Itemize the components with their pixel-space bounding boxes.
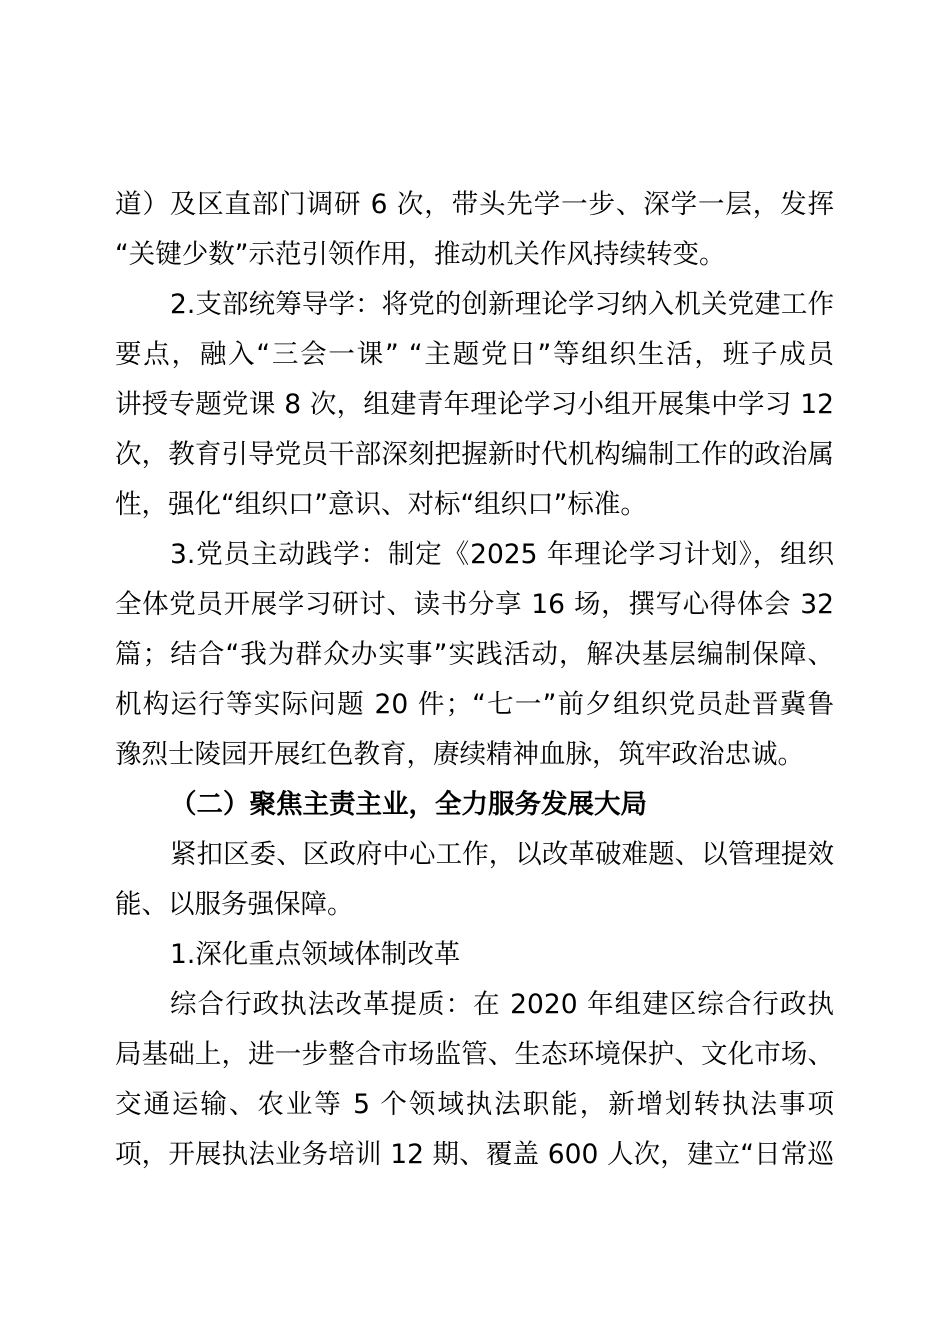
text-line: 3.党员主动践学：制定《2025 年理论学习计划》，组织 [115, 530, 834, 580]
text-line: 篇；结合“我为群众办实事”实践活动，解决基层编制保障、 [115, 630, 834, 680]
text-line: 全体党员开展学习研讨、读书分享 16 场，撰写心得体会 32 [115, 580, 834, 630]
text-line: 豫烈士陵园开展红色教育，赓续精神血脉，筑牢政治忠诚。 [115, 730, 834, 780]
text-line: 机构运行等实际问题 20 件；“七一”前夕组织党员赴晋冀鲁 [115, 680, 834, 730]
text-line: 项，开展执法业务培训 12 期、覆盖 600 人次，建立“日常巡 [115, 1130, 834, 1180]
page: 道）及区直部门调研 6 次，带头先学一步、深学一层，发挥“关键少数”示范引领作用… [0, 0, 950, 1344]
text-line: 要点，融入“三会一课” “主题党日”等组织生活，班子成员 [115, 330, 834, 380]
section-heading: （二）聚焦主责主业，全力服务发展大局 [115, 780, 834, 830]
text-line: 综合行政执法改革提质：在 2020 年组建区综合行政执法 [115, 980, 834, 1030]
text-line: 交通运输、农业等 5 个领域执法职能，新增划转执法事项 320 [115, 1080, 834, 1130]
text-line: 紧扣区委、区政府中心工作，以改革破难题、以管理提效 [115, 830, 834, 880]
document-body: 道）及区直部门调研 6 次，带头先学一步、深学一层，发挥“关键少数”示范引领作用… [115, 180, 834, 1180]
text-line: 次，教育引导党员干部深刻把握新时代机构编制工作的政治属 [115, 430, 834, 480]
text-line: 讲授专题党课 8 次，组建青年理论学习小组开展集中学习 12 [115, 380, 834, 430]
text-line: 道）及区直部门调研 6 次，带头先学一步、深学一层，发挥 [115, 180, 834, 230]
text-line: 性，强化“组织口”意识、对标“组织口”标准。 [115, 480, 834, 530]
text-line: 2.支部统筹导学：将党的创新理论学习纳入机关党建工作 [115, 280, 834, 330]
text-line: 1.深化重点领域体制改革 [115, 930, 834, 980]
text-line: 能、以服务强保障。 [115, 880, 834, 930]
text-line: “关键少数”示范引领作用，推动机关作风持续转变。 [115, 230, 834, 280]
text-line: 局基础上，进一步整合市场监管、生态环境保护、文化市场、 [115, 1030, 834, 1080]
